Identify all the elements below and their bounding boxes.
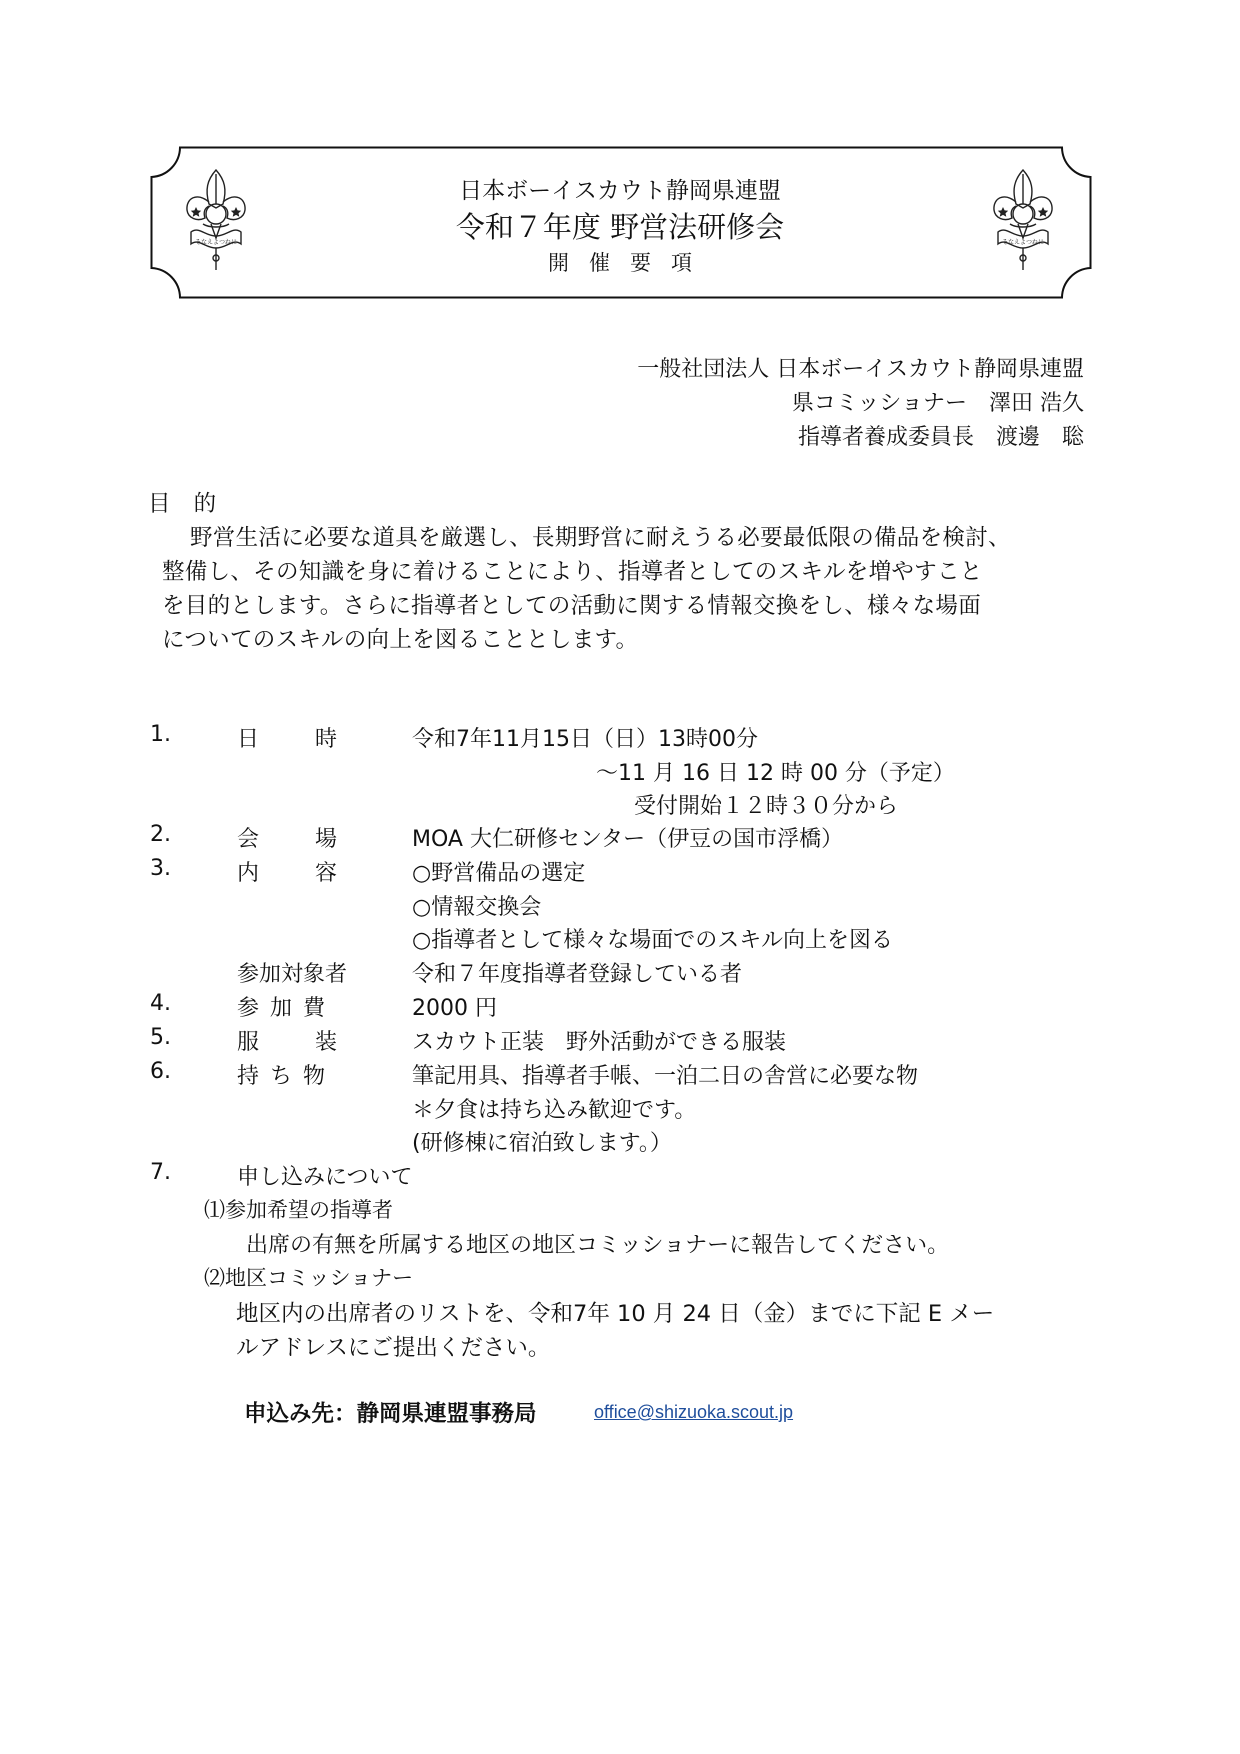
reception-start: 受付開始１２時３０分から — [634, 789, 898, 820]
contact-label: 申込み先：静岡県連盟事務局 — [244, 1396, 537, 1428]
belongings-line: (研修棟に宿泊致します。） — [412, 1126, 672, 1157]
attire-value: スカウト正装 野外活動ができる服装 — [412, 1025, 786, 1056]
application-sub2-text: 地区内の出席者のリストを、令和7年 10 月 24 日（金）までに下記 E メー — [236, 1296, 994, 1328]
fee-label: 参加費 — [237, 991, 325, 1022]
item-number: 3. — [150, 856, 171, 881]
datetime-start: 令和7年11月15日（日）13時00分 — [412, 722, 758, 753]
application-sub1-heading: ⑴参加希望の指導者 — [204, 1194, 393, 1224]
item-number: 4. — [150, 991, 171, 1016]
item-number: 7. — [150, 1160, 171, 1185]
purpose-line: を目的とします。さらに指導者としての活動に関する情報交換をし、様々な場面 — [162, 588, 981, 620]
purpose-line: 整備し、その知識を身に着けることにより、指導者としてのスキルを増やすこと — [162, 554, 983, 586]
participants-value: 令和７年度指導者登録している者 — [412, 957, 742, 988]
item-number: 2. — [150, 822, 171, 847]
application-sub2-text: ルアドレスにご提出ください。 — [236, 1330, 550, 1362]
content-label: 内容 — [237, 856, 337, 887]
signatory-organization: 一般社団法人 日本ボーイスカウト静岡県連盟 — [637, 352, 1084, 383]
item-number: 6. — [150, 1059, 171, 1084]
signatory-training-chair: 指導者養成委員長 渡邊 聡 — [798, 420, 1084, 451]
datetime-end: ～11 月 16 日 12 時 00 分（予定） — [596, 756, 955, 787]
belongings-line: ＊夕食は持ち込み歓迎です。 — [412, 1093, 696, 1124]
belongings-label: 持ち物 — [237, 1059, 325, 1090]
belongings-line: 筆記用具、指導者手帳、一泊二日の舎営に必要な物 — [412, 1059, 918, 1090]
venue-value: MOA 大仁研修センター（伊豆の国市浮橋） — [412, 822, 843, 853]
datetime-label: 日時 — [237, 722, 337, 753]
purpose-heading: 目 的 — [148, 486, 216, 518]
application-sub2-heading: ⑵地区コミッショナー — [204, 1262, 413, 1292]
purpose-line: についてのスキルの向上を図ることとします。 — [162, 622, 638, 654]
application-label: 申し込みについて — [237, 1160, 413, 1191]
purpose-line: 野営生活に必要な道具を厳選し、長期野営に耐えうる必要最低限の備品を検討、 — [190, 520, 1011, 552]
venue-label: 会場 — [237, 822, 337, 853]
content-item: ○情報交換会 — [412, 890, 541, 921]
application-sub1-text: 出席の有無を所属する地区の地区コミッショナーに報告してください。 — [246, 1228, 949, 1259]
participants-label: 参加対象者 — [237, 957, 347, 988]
content-item: ○野営備品の選定 — [412, 856, 585, 887]
signatory-commissioner: 県コミッショナー 澤田 浩久 — [792, 386, 1084, 417]
item-number: 5. — [150, 1025, 171, 1050]
fee-value: 2000 円 — [412, 991, 497, 1022]
item-number: 1. — [150, 722, 171, 747]
organization-name: 日本ボーイスカウト静岡県連盟 — [0, 172, 1240, 205]
attire-label: 服装 — [237, 1025, 337, 1056]
document-subtitle: 開催要項 — [0, 247, 1240, 277]
document-title: 令和７年度 野営法研修会 — [0, 205, 1240, 246]
content-item: ○指導者として様々な場面でのスキル向上を図る — [412, 923, 893, 954]
contact-email-link[interactable]: office@shizuoka.scout.jp — [594, 1402, 793, 1423]
